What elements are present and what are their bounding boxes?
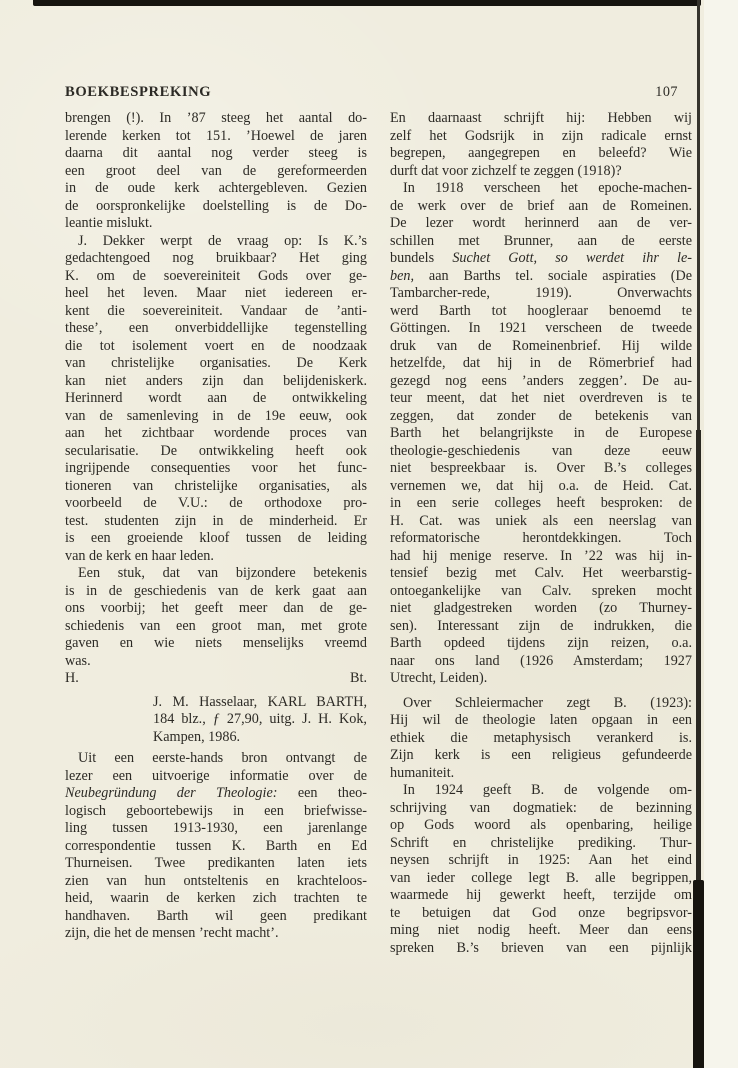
text-line: test. studenten zijn in de minderheid. E…: [65, 513, 367, 531]
text-line: handhaven. Barth wil geen predikant: [65, 908, 367, 926]
text-line: zeggen, dat zonder de betekenis van: [390, 408, 692, 426]
text-line: Kampen, 1986.: [153, 729, 367, 747]
text-line: heid, waarin de kerken zich trachten te: [65, 890, 367, 908]
text-line: Barth het belangrijkste in de Europese: [390, 425, 692, 443]
italic-text: ben,: [390, 268, 414, 284]
text-segment: had hij menige reserve. In ’22 was hij i…: [390, 548, 692, 564]
text-line: durft dat voor zichzelf te zeggen (1918)…: [390, 163, 692, 181]
text-segment: brengen (!). In ’87 steeg het aantal do-: [65, 110, 367, 126]
text-line: Barth opdeed tijdens zijn reizen, o.a.: [390, 635, 692, 653]
text-segment: these’, een onverbiddellijke tegenstelli…: [65, 320, 367, 336]
text-line: van de samenleving in de 19e eeuw, ook: [65, 408, 367, 426]
text-segment: Hij wil de theologie laten opgaan in een: [390, 712, 692, 728]
text-line: Uit een eerste-hands bron ontvangt de: [65, 750, 367, 768]
text-line: begrepen, aangegrepen en beleefd? Wie: [390, 145, 692, 163]
text-segment: ming niet nodig heeft. Meer dan eens: [390, 922, 692, 938]
text-line: die tot isolement voert en de noodzaak: [65, 338, 367, 356]
signature-initial-left: H.: [65, 670, 79, 688]
text-segment: gezegd nog eens ’anders zeggen’. De au-: [390, 373, 692, 389]
text-segment: aan het zichtbaar wordende proces van: [65, 425, 367, 441]
text-segment: zien van hun ontsteltenis en krachteloos…: [65, 873, 367, 889]
text-segment: gaven en wie niets menselijks vreemd: [65, 635, 367, 651]
scan-artifact-right-line-mid: [696, 430, 701, 890]
text-line: neysen schrijft in 1925: Aan het eind: [390, 852, 692, 870]
text-segment: hetzelfde, dat hij in de Römerbrief had: [390, 355, 692, 371]
text-line: niet gladgestreken worden (zo Thurney-: [390, 600, 692, 618]
scan-artifact-right-bar: [693, 880, 704, 1068]
text-line: te betuigen dat God onze begripsvor-: [390, 905, 692, 923]
text-line: schrijving van dogmatiek: de bezinning: [390, 800, 692, 818]
text-line: druk van de Romeinenbrief. Hij wilde: [390, 338, 692, 356]
signature-initial-right: Bt.: [350, 670, 367, 688]
text-segment: schrijving van dogmatiek: de bezinning: [390, 800, 692, 816]
text-segment: leantie mislukt.: [65, 215, 152, 231]
text-segment: werd Barth tot hoogleraar benoemd te: [390, 303, 692, 319]
text-segment: is een groeiende kloof tussen de leiding: [65, 530, 367, 546]
text-line: zijn, die het de mensen ’recht macht’.: [65, 925, 367, 943]
text-line: heel het leven. Maar niet iedereen er-: [65, 285, 367, 303]
text-segment: naar ons land (1926 Amsterdam; 1927: [390, 653, 692, 669]
text-line: niet bespreekbaar is. Over B.’s colleges: [390, 460, 692, 478]
text-segment: Schrift en christelijke prediking. Thur-: [390, 835, 692, 851]
text-line: these’, een onverbiddellijke tegenstelli…: [65, 320, 367, 338]
text-segment: Over Schleiermacher zegt B. (1923):: [403, 695, 692, 711]
text-segment: ling tussen 1913-1930, een jarenlange: [65, 820, 367, 836]
text-line: in een serie colleges heeft besproken: d…: [390, 495, 692, 513]
text-line: De lezer wordt herinnerd aan de ver-: [390, 215, 692, 233]
text-line: J. Dekker werpt de vraag op: Is K.’s: [65, 233, 367, 251]
page-edge-strip: [704, 0, 738, 1068]
text-line: gaven en wie niets menselijks vreemd: [65, 635, 367, 653]
text-line: waarmede hij gewerkt heeft, terzijde om: [390, 887, 692, 905]
text-segment: zelf het Godsrijk in zijn radicale ernst: [390, 128, 692, 144]
text-line: ben, aan Barths tel. sociale aspiraties …: [390, 268, 692, 286]
text-line: ons voorbij; het geeft meer dan de ge-: [65, 600, 367, 618]
text-line: secularisatie. De ontwikkeling heeft ook: [65, 443, 367, 461]
text-line: gezegd nog eens ’anders zeggen’. De au-: [390, 373, 692, 391]
text-line: tioneren van christelijke organisaties, …: [65, 478, 367, 496]
text-line: Göttingen. In 1921 verscheen de tweede: [390, 320, 692, 338]
text-line: had hij menige reserve. In ’22 was hij i…: [390, 548, 692, 566]
text-line: Schrift en christelijke prediking. Thur-: [390, 835, 692, 853]
text-segment: Barth het belangrijkste in de Europese: [390, 425, 692, 441]
italic-text: Suchet Gott, so werdet ihr le-: [452, 250, 692, 266]
text-line: schillen met Brunner, aan de eerste: [390, 233, 692, 251]
italic-text: Neubegründung der Theologie:: [65, 785, 277, 801]
text-segment: op Gods woord als openbaring, heilige: [390, 817, 692, 833]
text-segment: heid, waarin de kerken zich trachten te: [65, 890, 367, 906]
text-segment: Thurneisen. Twee predikanten laten iets: [65, 855, 367, 871]
paragraph: In 1924 geeft B. de volgende om-schrijvi…: [390, 782, 692, 957]
text-line: Utrecht, Leiden).: [390, 670, 692, 688]
text-line: daarna dit aantal nog verder steeg is: [65, 145, 367, 163]
text-line: hetzelfde, dat hij in de Römerbrief had: [390, 355, 692, 373]
paragraph: Uit een eerste-hands bron ontvangt delez…: [65, 750, 367, 943]
text-segment: tioneren van christelijke organisaties, …: [65, 478, 367, 494]
text-line: lerende kerken tot 151. ’Hoewel de jaren: [65, 128, 367, 146]
text-segment: teur meent, dat het niet overdreven is t…: [390, 390, 692, 406]
text-segment: In 1918 verscheen het epoche-machen-: [403, 180, 692, 196]
text-line: zien van hun ontsteltenis en krachteloos…: [65, 873, 367, 891]
page-header: BOEKBESPREKING 107: [65, 84, 678, 101]
text-line: naar ons land (1926 Amsterdam; 1927: [390, 653, 692, 671]
text-segment: ethiek die metaphysisch verankerd is.: [390, 730, 692, 746]
signature-row: H.Bt.: [65, 670, 367, 688]
text-line: kent die soevereiniteit. Vandaar de ’ant…: [65, 303, 367, 321]
text-segment: zijn, die het de mensen ’recht macht’.: [65, 925, 279, 941]
text-segment: kan niet anders zijn dan belijdeniskerk.: [65, 373, 367, 389]
text-segment: van christelijke organisaties. De Kerk: [65, 355, 367, 371]
text-segment: van de samenleving in de 19e eeuw, ook: [65, 408, 367, 424]
text-line: En daarnaast schrijft hij: Hebben wij: [390, 110, 692, 128]
text-line: K. om de soevereiniteit Gods over ge-: [65, 268, 367, 286]
book-citation: J. M. Hasselaar, KARL BARTH,184 blz., ƒ …: [153, 694, 367, 747]
text-segment: Herinnerd wordt aan de ontwikkeling: [65, 390, 367, 406]
text-segment: niet bespreekbaar is. Over B.’s colleges: [390, 460, 692, 476]
left-column: brengen (!). In ’87 steeg het aantal do-…: [65, 110, 367, 943]
text-line: voorbeeld de V.U.: de orthodoxe pro-: [65, 495, 367, 513]
text-line: ontoegankelijke van Calv. spreken mocht: [390, 583, 692, 601]
text-segment: secularisatie. De ontwikkeling heeft ook: [65, 443, 367, 459]
scan-artifact-top: [33, 0, 701, 6]
italic-text: ƒ: [213, 711, 220, 727]
text-line: Zijn kerk is een religieus gefundeerde: [390, 747, 692, 765]
text-line: correspondentie tussen K. Barth en Ed: [65, 838, 367, 856]
text-line: Hij wil de theologie laten opgaan in een: [390, 712, 692, 730]
text-segment: Tambarcher-rede, 1919). Onverwachts: [390, 285, 692, 301]
text-segment: ontoegankelijke van Calv. spreken mocht: [390, 583, 692, 599]
text-segment: begrepen, aangegrepen en beleefd? Wie: [390, 145, 692, 161]
text-segment: bundels: [390, 250, 452, 266]
text-segment: de oorspronkelijke doelstelling is de Do…: [65, 198, 367, 214]
text-segment: In 1924 geeft B. de volgende om-: [403, 782, 692, 798]
text-line: was.: [65, 653, 367, 671]
text-segment: En daarnaast schrijft hij: Hebben wij: [390, 110, 692, 126]
text-line: ingrijpende consequenties voor het func-: [65, 460, 367, 478]
text-segment: Utrecht, Leiden).: [390, 670, 487, 686]
text-segment: J. M. Hasselaar, KARL BARTH,: [153, 694, 367, 710]
scanned-page: BOEKBESPREKING 107 brengen (!). In ’87 s…: [0, 0, 738, 1068]
paragraph: En daarnaast schrijft hij: Hebben wijzel…: [390, 110, 692, 180]
text-line: leantie mislukt.: [65, 215, 367, 233]
text-line: ling tussen 1913-1930, een jarenlange: [65, 820, 367, 838]
text-segment: Barth opdeed tijdens zijn reizen, o.a.: [390, 635, 692, 651]
text-line: H. Cat. was uniek als een neerslag van: [390, 513, 692, 531]
text-line: spreken B.’s brieven van een pijnlijk: [390, 940, 692, 958]
text-segment: voorbeeld de V.U.: de orthodoxe pro-: [65, 495, 367, 511]
text-segment: De lezer wordt herinnerd aan de ver-: [390, 215, 692, 231]
paragraph: In 1918 verscheen het epoche-machen-de w…: [390, 180, 692, 688]
text-segment: de werk over de brief aan de Romeinen.: [390, 198, 692, 214]
text-line: schiedenis van een groot man, met grote: [65, 618, 367, 636]
text-line: ming niet nodig heeft. Meer dan eens: [390, 922, 692, 940]
text-line: op Gods woord als openbaring, heilige: [390, 817, 692, 835]
text-line: gedachtengoed nog bruikbaar? Het ging: [65, 250, 367, 268]
text-segment: neysen schrijft in 1925: Aan het eind: [390, 852, 692, 868]
text-segment: test. studenten zijn in de minderheid. E…: [65, 513, 367, 529]
text-line: lezer een uitvoerige informatie over de: [65, 768, 367, 786]
text-line: de werk over de brief aan de Romeinen.: [390, 198, 692, 216]
text-segment: gedachtengoed nog bruikbaar? Het ging: [65, 250, 367, 266]
text-line: van christelijke organisaties. De Kerk: [65, 355, 367, 373]
text-line: 184 blz., ƒ 27,90, uitg. J. H. Kok,: [153, 711, 367, 729]
text-segment: in de oude kerk achtergebleven. Gezien: [65, 180, 367, 196]
text-line: Een stuk, dat van bijzondere betekenis: [65, 565, 367, 583]
text-segment: een groot deel van de gereformeerden: [65, 163, 367, 179]
text-segment: lerende kerken tot 151. ’Hoewel de jaren: [65, 128, 367, 144]
text-segment: Göttingen. In 1921 verscheen de tweede: [390, 320, 692, 336]
text-line: is in de geschiedenis van de kerk gaat a…: [65, 583, 367, 601]
text-segment: van de kerk en haar leden.: [65, 548, 214, 564]
text-segment: Uit een eerste-hands bron ontvangt de: [78, 750, 367, 766]
text-segment: H. Cat. was uniek als een neerslag van: [390, 513, 692, 529]
text-segment: logisch geboortebewijs in een briefwisse…: [65, 803, 367, 819]
text-segment: lezer een uitvoerige informatie over de: [65, 768, 367, 784]
text-segment: niet gladgestreken worden (zo Thurney-: [390, 600, 692, 616]
text-segment: Zijn kerk is een religieus gefundeerde: [390, 747, 692, 763]
text-line: bundels Suchet Gott, so werdet ihr le-: [390, 250, 692, 268]
text-line: In 1924 geeft B. de volgende om-: [390, 782, 692, 800]
text-line: In 1918 verscheen het epoche-machen-: [390, 180, 692, 198]
text-line: Over Schleiermacher zegt B. (1923):: [390, 695, 692, 713]
text-segment: kent die soevereiniteit. Vandaar de ’ant…: [65, 303, 367, 319]
paragraph: Over Schleiermacher zegt B. (1923):Hij w…: [390, 695, 692, 783]
text-segment: vernemen we, dat hij o.a. de Heid. Cat.: [390, 478, 692, 494]
paragraph: brengen (!). In ’87 steeg het aantal do-…: [65, 110, 367, 233]
right-column: En daarnaast schrijft hij: Hebben wijzel…: [390, 110, 692, 957]
text-line: J. M. Hasselaar, KARL BARTH,: [153, 694, 367, 712]
text-segment: aan Barths tel. sociale aspiraties (De: [414, 268, 692, 284]
text-segment: die tot isolement voert en de noodzaak: [65, 338, 367, 354]
text-segment: daarna dit aantal nog verder steeg is: [65, 145, 367, 161]
text-line: is een groeiende kloof tussen de leiding: [65, 530, 367, 548]
text-segment: J. Dekker werpt de vraag op: Is K.’s: [78, 233, 367, 249]
text-line: sen). Interessant zijn de indrukken, die: [390, 618, 692, 636]
text-segment: heel het leven. Maar niet iedereen er-: [65, 285, 367, 301]
text-segment: correspondentie tussen K. Barth en Ed: [65, 838, 367, 854]
text-line: zelf het Godsrijk in zijn radicale ernst: [390, 128, 692, 146]
paragraph: Een stuk, dat van bijzondere betekenisis…: [65, 565, 367, 670]
text-line: vernemen we, dat hij o.a. de Heid. Cat.: [390, 478, 692, 496]
text-segment: te betuigen dat God onze begripsvor-: [390, 905, 692, 921]
text-segment: is in de geschiedenis van de kerk gaat a…: [65, 583, 367, 599]
text-segment: druk van de Romeinenbrief. Hij wilde: [390, 338, 692, 354]
text-line: theologie-geschiedenis van deze eeuw: [390, 443, 692, 461]
running-title: BOEKBESPREKING: [65, 84, 211, 101]
text-line: van de kerk en haar leden.: [65, 548, 367, 566]
text-segment: Kampen, 1986.: [153, 729, 240, 745]
text-segment: Een stuk, dat van bijzondere betekenis: [78, 565, 367, 581]
text-line: een groot deel van de gereformeerden: [65, 163, 367, 181]
text-line: Neubegründung der Theologie: een theo-: [65, 785, 367, 803]
text-segment: in een serie colleges heeft besproken: d…: [390, 495, 692, 511]
text-line: brengen (!). In ’87 steeg het aantal do-: [65, 110, 367, 128]
text-line: kan niet anders zijn dan belijdeniskerk.: [65, 373, 367, 391]
text-segment: handhaven. Barth wil geen predikant: [65, 908, 367, 924]
text-segment: een theo-: [277, 785, 367, 801]
text-line: ethiek die metaphysisch verankerd is.: [390, 730, 692, 748]
text-segment: was.: [65, 653, 91, 669]
text-line: Thurneisen. Twee predikanten laten iets: [65, 855, 367, 873]
text-segment: zeggen, dat zonder de betekenis van: [390, 408, 692, 424]
text-segment: sen). Interessant zijn de indrukken, die: [390, 618, 692, 634]
text-line: humaniteit.: [390, 765, 692, 783]
text-line: reformatorische herontdekkingen. Toch: [390, 530, 692, 548]
text-segment: schillen met Brunner, aan de eerste: [390, 233, 692, 249]
text-segment: reformatorische herontdekkingen. Toch: [390, 530, 692, 546]
text-line: werd Barth tot hoogleraar benoemd te: [390, 303, 692, 321]
text-line: logisch geboortebewijs in een briefwisse…: [65, 803, 367, 821]
text-segment: theologie-geschiedenis van deze eeuw: [390, 443, 692, 459]
text-segment: ons voorbij; het geeft meer dan de ge-: [65, 600, 367, 616]
text-segment: durft dat voor zichzelf te zeggen (1918)…: [390, 163, 622, 179]
text-line: Tambarcher-rede, 1919). Onverwachts: [390, 285, 692, 303]
text-segment: tensief bezig met Calv. Het weerbarstig-: [390, 565, 692, 581]
text-segment: spreken B.’s brieven van een pijnlijk: [390, 940, 692, 956]
text-line: tensief bezig met Calv. Het weerbarstig-: [390, 565, 692, 583]
text-segment: K. om de soevereiniteit Gods over ge-: [65, 268, 367, 284]
text-line: in de oude kerk achtergebleven. Gezien: [65, 180, 367, 198]
text-segment: 184 blz.,: [153, 711, 213, 727]
text-segment: 27,90, uitg. J. H. Kok,: [220, 711, 367, 727]
page-number: 107: [655, 84, 678, 101]
text-segment: ingrijpende consequenties voor het func-: [65, 460, 367, 476]
text-line: de oorspronkelijke doelstelling is de Do…: [65, 198, 367, 216]
text-line: Herinnerd wordt aan de ontwikkeling: [65, 390, 367, 408]
text-line: teur meent, dat het niet overdreven is t…: [390, 390, 692, 408]
text-segment: humaniteit.: [390, 765, 454, 781]
text-segment: schiedenis van een groot man, met grote: [65, 618, 367, 634]
text-line: aan het zichtbaar wordende proces van: [65, 425, 367, 443]
text-segment: van ieder college legt B. alle begrippen…: [390, 870, 692, 886]
paragraph: J. Dekker werpt de vraag op: Is K.’sgeda…: [65, 233, 367, 566]
text-segment: waarmede hij gewerkt heeft, terzijde om: [390, 887, 692, 903]
text-line: van ieder college legt B. alle begrippen…: [390, 870, 692, 888]
